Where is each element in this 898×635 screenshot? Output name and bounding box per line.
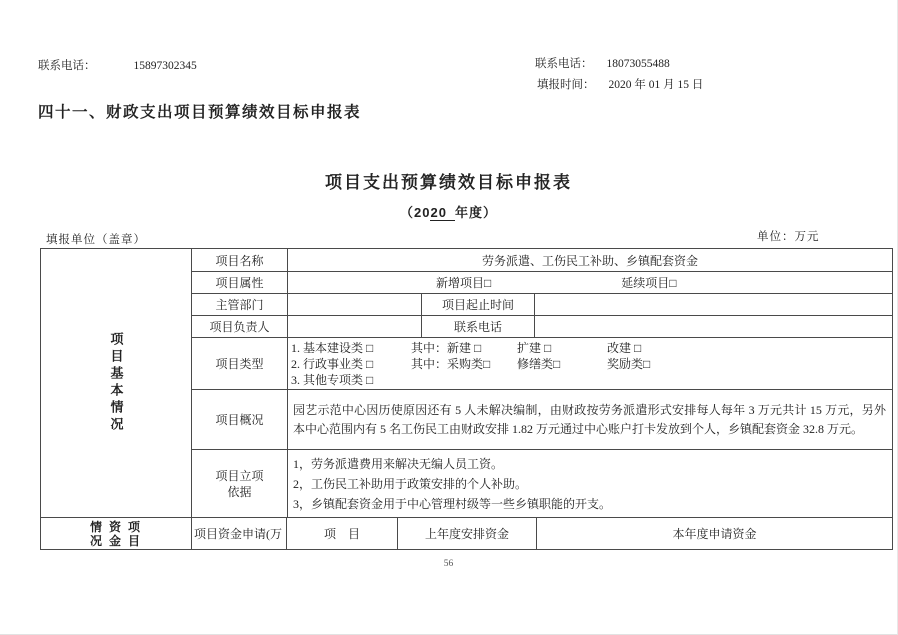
project-type-value: 1. 基本建设类 □ 其中：新建 □ 扩建 □ 改建 □ 2. 行政事业类 □ … bbox=[287, 338, 892, 389]
project-basis-label-line2: 依据 bbox=[227, 484, 251, 500]
project-basis-value: 1，劳务派遣费用来解决无编人员工资。 2，工伤民工补助用于政策安排的个人补助。 … bbox=[287, 450, 892, 517]
project-type-label: 项目类型 bbox=[192, 338, 287, 389]
leader-value bbox=[287, 316, 421, 337]
attribute-new-checkbox: 新增项目□ bbox=[436, 274, 491, 291]
project-basis-label-line1: 项目立项 bbox=[215, 468, 263, 484]
funding-col-last-year: 上年度安排资金 bbox=[397, 518, 536, 549]
project-basis-list: 1，劳务派遣费用来解决无编人员工资。 2，工伤民工补助用于政策安排的个人补助。 … bbox=[288, 454, 892, 514]
project-overview-value: 园艺示范中心因历使原因还有 5 人未解决编制，由财政按劳务派遣形式安排每人每年 … bbox=[287, 390, 892, 449]
row-project-attribute: 项目属性 新增项目□ 延续项目□ bbox=[192, 271, 892, 293]
contact-phone-right: 联系电话：18073055488 bbox=[535, 55, 670, 71]
section-heading: 四十一、财政支出项目预算绩效目标申报表 bbox=[38, 100, 361, 122]
project-attribute-value: 新增项目□ 延续项目□ bbox=[287, 272, 892, 293]
type-repair-checkbox: 修缮类□ bbox=[517, 356, 607, 372]
type-basic-construction-checkbox: 1. 基本建设类 □ bbox=[291, 340, 411, 356]
type-line-2: 2. 行政事业类 □ 其中：采购类□ 修缮类□ 奖励类□ bbox=[291, 356, 892, 372]
form-year-line: （2020年度） bbox=[0, 202, 897, 221]
type-reward-checkbox: 奖励类□ bbox=[607, 356, 650, 372]
type-line-3: 3. 其他专项类 □ bbox=[291, 372, 892, 388]
contact-phone-right-value: 18073055488 bbox=[607, 58, 670, 70]
leader-phone-value bbox=[534, 316, 892, 337]
contact-phone-left: 联系电话：15897302345 bbox=[38, 57, 197, 73]
project-overview-label: 项目概况 bbox=[192, 390, 287, 449]
leader-label: 项目负责人 bbox=[192, 316, 287, 337]
type-administrative-checkbox: 2. 行政事业类 □ bbox=[291, 356, 411, 372]
type-line-1: 1. 基本建设类 □ 其中：新建 □ 扩建 □ 改建 □ bbox=[291, 340, 892, 356]
basis-item-1: 1，劳务派遣费用来解决无编人员工资。 bbox=[293, 454, 892, 474]
project-name-label: 项目名称 bbox=[192, 249, 287, 271]
table-rows: 项目名称 劳务派遣、工伤民工补助、乡镇配套资金 项目属性 新增项目□ 延续项目□… bbox=[191, 249, 892, 517]
page-number: 56 bbox=[0, 559, 897, 569]
currency-unit-label: 单位：万元 bbox=[757, 228, 820, 244]
reporting-unit-label: 填报单位（盖章） bbox=[46, 231, 146, 247]
leader-phone-label: 联系电话 bbox=[421, 316, 534, 337]
row-project-overview: 项目概况 园艺示范中心因历使原因还有 5 人未解决编制，由财政按劳务派遣形式安排… bbox=[192, 389, 892, 449]
department-value bbox=[287, 294, 421, 315]
fill-date: 填报时间：2020 年 01 月 15 日 bbox=[537, 76, 703, 92]
table-upper-section: 项目基本情况 项目名称 劳务派遣、工伤民工补助、乡镇配套资金 项目属性 新增项目… bbox=[41, 249, 892, 517]
sidebar-basic-info-cell: 项目基本情况 bbox=[41, 249, 191, 517]
row-project-basis: 项目立项 依据 1，劳务派遣费用来解决无编人员工资。 2，工伤民工补助用于政策安… bbox=[192, 449, 892, 517]
fill-date-label: 填报时间： bbox=[537, 79, 595, 91]
fill-date-value: 2020 年 01 月 15 日 bbox=[609, 79, 704, 91]
contact-phone-right-label: 联系电话： bbox=[535, 58, 593, 70]
type-expand-checkbox: 扩建 □ bbox=[517, 340, 607, 356]
type-newbuild-checkbox: 其中：新建 □ bbox=[411, 340, 517, 356]
project-type-options: 1. 基本建设类 □ 其中：新建 □ 扩建 □ 改建 □ 2. 行政事业类 □ … bbox=[288, 340, 892, 388]
sidebar-funding-line1: 情 资 项 bbox=[90, 520, 142, 534]
contact-phone-left-value: 15897302345 bbox=[134, 60, 197, 72]
attribute-continue-checkbox: 延续项目□ bbox=[621, 274, 676, 291]
basis-item-2: 2，工伤民工补助用于政策安排的个人补助。 bbox=[293, 474, 892, 494]
row-department: 主管部门 项目起止时间 bbox=[192, 293, 892, 315]
row-project-type: 项目类型 1. 基本建设类 □ 其中：新建 □ 扩建 □ 改建 □ 2. 行政事… bbox=[192, 337, 892, 389]
project-name-value: 劳务派遣、工伤民工补助、乡镇配套资金 bbox=[287, 249, 892, 271]
document-page: 联系电话：15897302345 联系电话：18073055488 填报时间：2… bbox=[0, 0, 898, 635]
project-period-label: 项目起止时间 bbox=[421, 294, 534, 315]
declaration-table: 项目基本情况 项目名称 劳务派遣、工伤民工补助、乡镇配套资金 项目属性 新增项目… bbox=[40, 248, 893, 550]
contact-phone-left-label: 联系电话： bbox=[38, 60, 96, 72]
row-leader: 项目负责人 联系电话 bbox=[192, 315, 892, 337]
funding-col-this-year: 本年度申请资金 bbox=[536, 518, 892, 549]
basis-item-3: 3，乡镇配套资金用于中心管理村级等一些乡镇职能的开支。 bbox=[293, 494, 892, 514]
type-rebuild-checkbox: 改建 □ bbox=[607, 340, 641, 356]
department-label: 主管部门 bbox=[192, 294, 287, 315]
sidebar-basic-info-label: 项目基本情况 bbox=[107, 332, 126, 434]
year-close: 年度） bbox=[455, 205, 497, 220]
sidebar-funding-cell: 情 资 项 况 金 目 bbox=[41, 518, 191, 549]
sidebar-funding-line2: 况 金 目 bbox=[90, 534, 142, 548]
form-title: 项目支出预算绩效目标申报表 bbox=[0, 168, 897, 193]
row-project-name: 项目名称 劳务派遣、工伤民工补助、乡镇配套资金 bbox=[192, 249, 892, 271]
type-procurement-checkbox: 其中：采购类□ bbox=[411, 356, 517, 372]
row-funding-header: 情 资 项 况 金 目 项目资金申请(万 项 目 上年度安排资金 本年度申请资金 bbox=[41, 517, 892, 549]
year-underlined: 20 bbox=[430, 205, 454, 221]
funding-col-item: 项 目 bbox=[286, 518, 397, 549]
year-open: （20 bbox=[400, 205, 430, 220]
funding-request-label: 项目资金申请(万 bbox=[191, 518, 286, 549]
project-attribute-label: 项目属性 bbox=[192, 272, 287, 293]
project-overview-text: 园艺示范中心因历使原因还有 5 人未解决编制，由财政按劳务派遣形式安排每人每年 … bbox=[288, 399, 892, 441]
project-basis-label: 项目立项 依据 bbox=[192, 450, 287, 517]
type-other-special-checkbox: 3. 其他专项类 □ bbox=[291, 372, 411, 388]
project-period-value bbox=[534, 294, 892, 315]
